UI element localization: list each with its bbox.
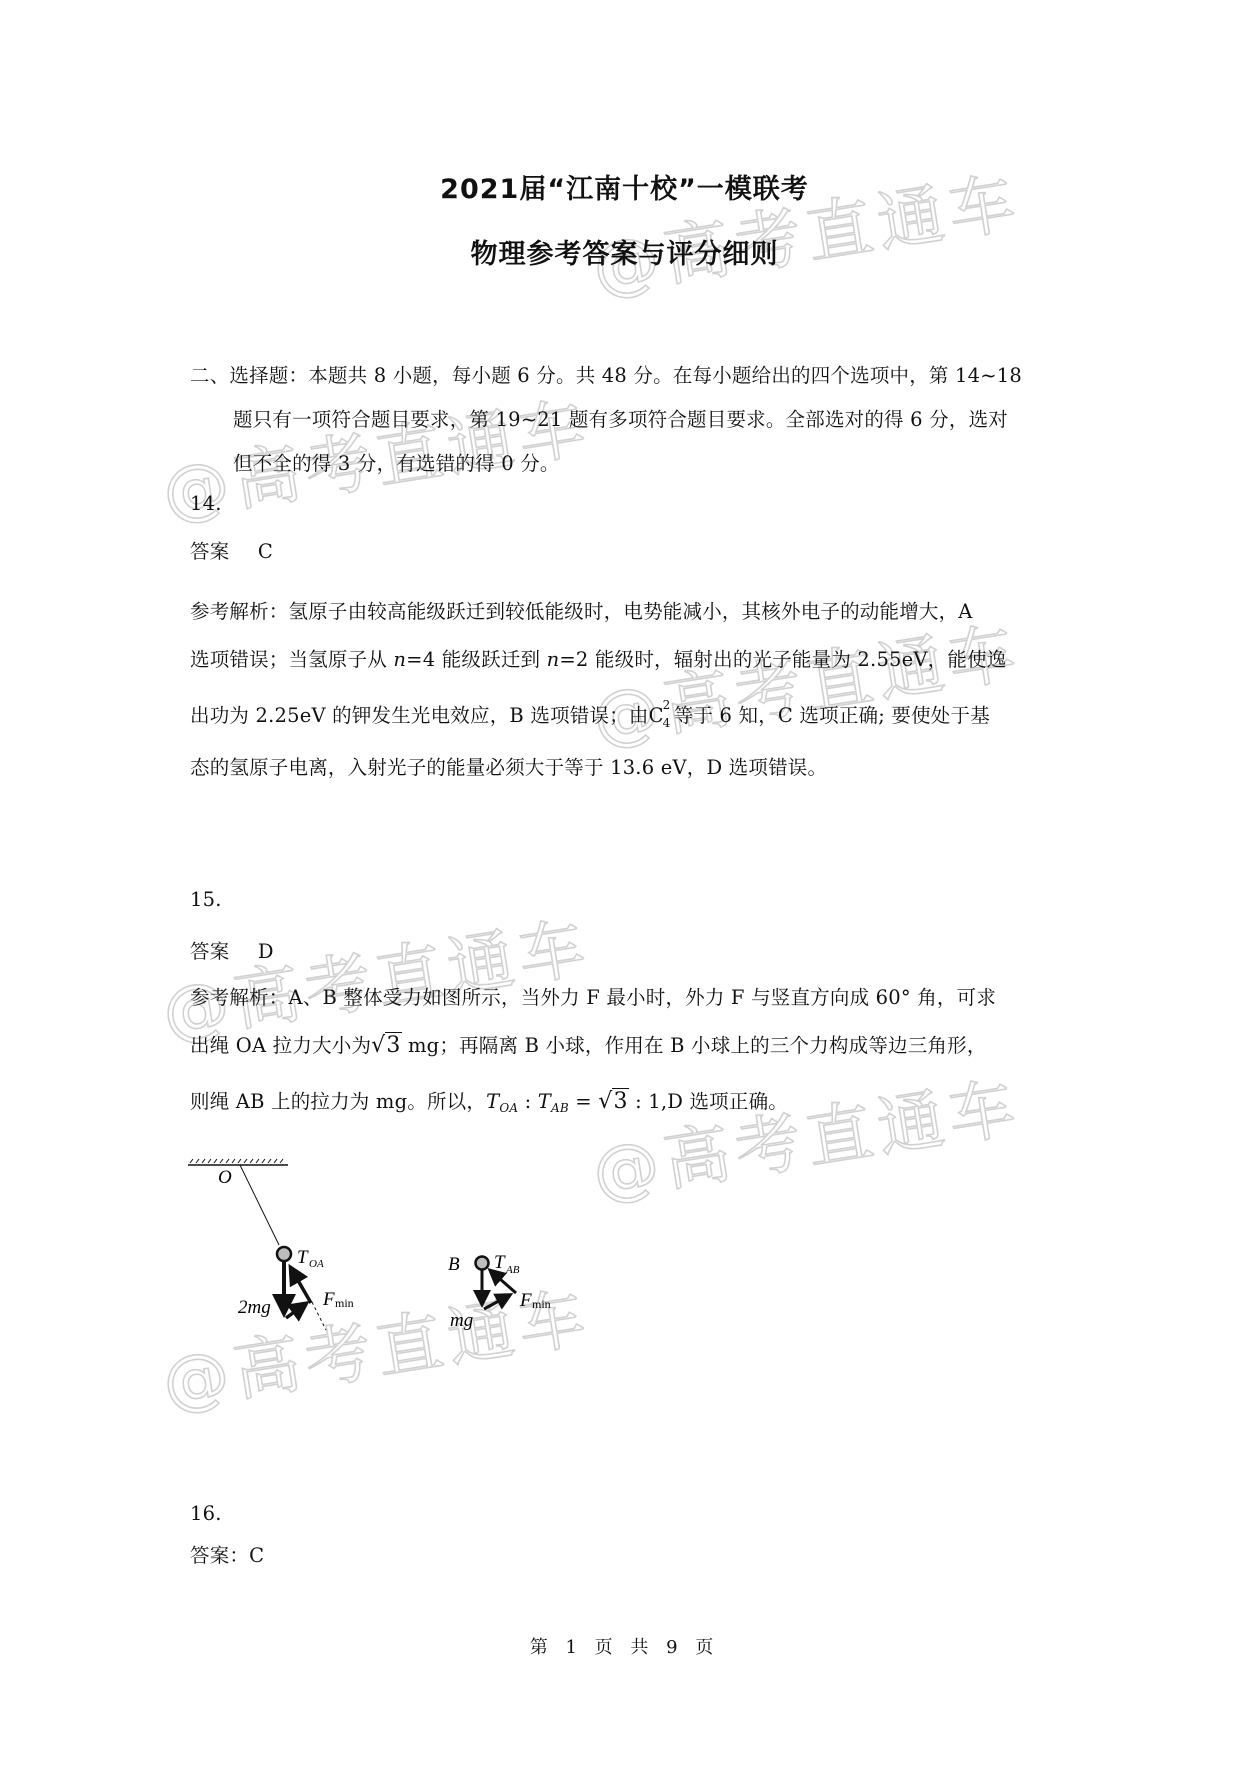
document-page: @高考直通车 @高考直通车 @高考直通车 @高考直通车 @高考直通车 @高考直通… (0, 0, 1249, 1766)
analysis-line: 则绳 AB 上的拉力为 mg。所以，TOA : TAB = √3 : 1,D 选… (190, 1086, 788, 1115)
analysis-line: 出功为 2.25eV 的钾发生光电效应，B 选项错误；由C24等于 6 知，C … (190, 700, 990, 728)
page-number-footer: 第 1 页 共 9 页 (0, 1633, 1249, 1659)
question-number: 15. (190, 888, 222, 911)
section-instructions-line-1: 二、选择题：本题共 8 小题，每小题 6 分。共 48 分。在每小题给出的四个选… (190, 360, 1022, 388)
force-diagram-ball-b: B T AB mg F min (420, 1220, 580, 1340)
answer-label: 答案 (190, 540, 229, 563)
ball-label: B (448, 1254, 460, 1275)
watermark: @高考直通车 (585, 1054, 1027, 1215)
section-instructions-line-2: 题只有一项符合题目要求，第 19~21 题有多项符合题目要求。全部选对的得 6 … (233, 404, 1008, 432)
analysis-line: 参考解析：氢原子由较高能级跃迁到较低能级时，电势能减小，其核外电子的动能增大，A (190, 596, 973, 624)
svg-text:T: T (494, 1252, 506, 1273)
svg-text:T: T (297, 1247, 309, 1268)
question-number: 16. (190, 1502, 222, 1525)
answer-value: C (258, 540, 273, 563)
answer-label: 答案 (190, 940, 229, 963)
section-instructions-line-3: 但不全的得 3 分，有选错的得 0 分。 (233, 448, 560, 476)
force-diagram-system: O T OA 2mg F min (180, 1150, 380, 1350)
svg-text:F: F (519, 1290, 532, 1311)
sqrt-expression: √3 (371, 1033, 401, 1058)
answer-value: D (258, 940, 274, 963)
pivot-label: O (218, 1167, 232, 1188)
svg-text:F: F (322, 1289, 335, 1310)
answer-label: 答案： (190, 1544, 249, 1567)
answer-row: 答案 C (190, 536, 273, 564)
answer-row: 答案 D (190, 936, 274, 964)
svg-text:OA: OA (309, 1258, 324, 1270)
answer-value: C (249, 1544, 264, 1567)
svg-text:min: min (532, 1297, 551, 1311)
answer-row: 答案：C (190, 1540, 264, 1568)
question-number: 14. (190, 492, 222, 515)
svg-text:AB: AB (505, 1264, 520, 1276)
analysis-line: 选项错误；当氢原子从 n=4 能级跃迁到 n=2 能级时，辐射出的光子能量为 2… (190, 644, 1006, 672)
document-title: 2021届“江南十校”一模联考 (0, 167, 1249, 206)
svg-text:min: min (335, 1296, 354, 1310)
analysis-line: 参考解析：A、B 整体受力如图所示，当外力 F 最小时，外力 F 与竖直方向成 … (190, 982, 996, 1010)
svg-text:2mg: 2mg (238, 1297, 271, 1318)
analysis-line: 出绳 OA 拉力大小为√3 mg；再隔离 B 小球，作用在 B 小球上的三个力构… (190, 1030, 987, 1058)
analysis-line: 态的氢原子电离，入射光子的能量必须大于等于 13.6 eV，D 选项错误。 (190, 752, 827, 780)
combination-symbol: C24 (649, 704, 664, 727)
document-subtitle: 物理参考答案与评分细则 (0, 232, 1249, 271)
svg-text:mg: mg (450, 1310, 473, 1331)
